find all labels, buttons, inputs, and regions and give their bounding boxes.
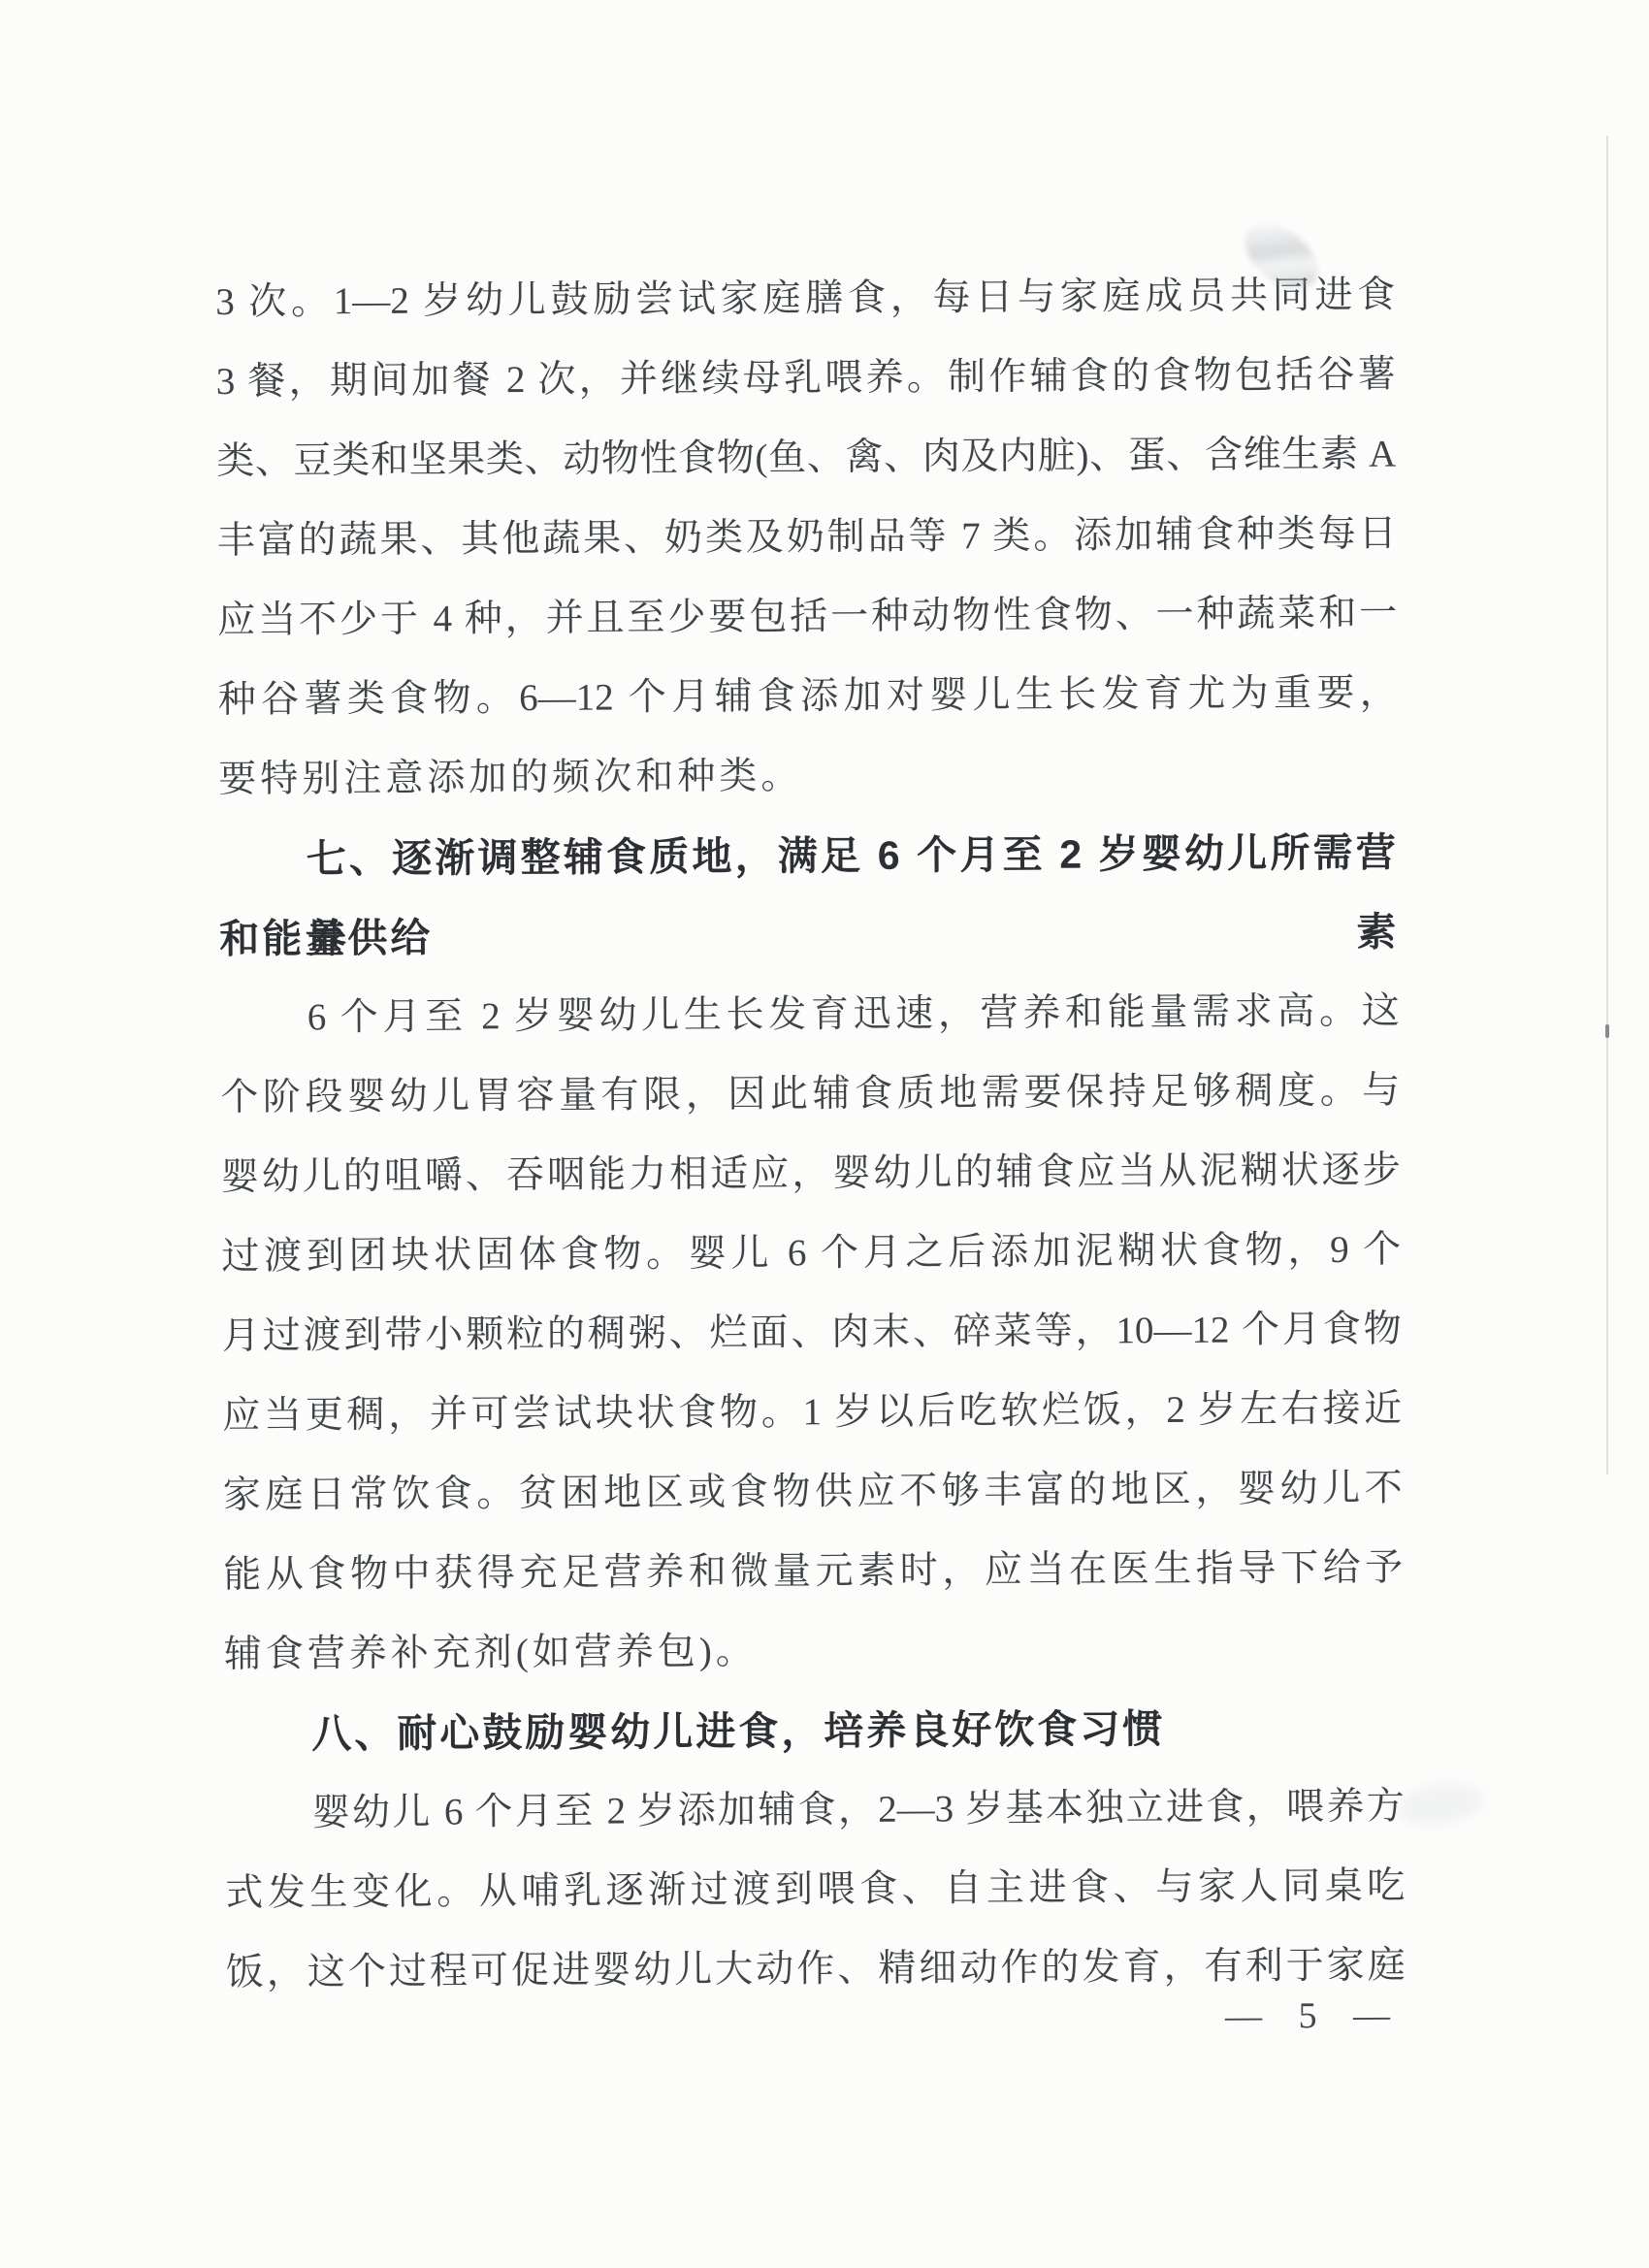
- text-line: 辅食营养补充剂(如营养包)。: [224, 1608, 1404, 1695]
- text-line: 婴幼儿的咀嚼、吞咽能力相适应，婴幼儿的辅食应当从泥糊状逐步: [221, 1131, 1401, 1217]
- text-line: 3 次。1—2 岁幼儿鼓励尝试家庭膳食，每日与家庭成员共同进食: [215, 256, 1395, 342]
- text-line: 应当更稠，并可尝试块状食物。1 岁以后吃软烂饭，2 岁左右接近: [222, 1370, 1402, 1456]
- text-block: 3 次。1—2 岁幼儿鼓励尝试家庭膳食，每日与家庭成员共同进食 3 餐，期间加餐…: [215, 256, 1406, 2013]
- document-page: 3 次。1—2 岁幼儿鼓励尝试家庭膳食，每日与家庭成员共同进食 3 餐，期间加餐…: [0, 0, 1649, 2268]
- text-line: 个阶段婴幼儿胃容量有限，因此辅食质地需要保持足够稠度。与: [220, 1052, 1400, 1138]
- text-line: 丰富的蔬果、其他蔬果、奶类及奶制品等 7 类。添加辅食种类每日: [217, 495, 1397, 581]
- scan-artifact-fold-line: [1606, 136, 1608, 1474]
- text-line: 要特别注意添加的频次和种类。: [218, 733, 1398, 820]
- section-heading-8: 八、耐心鼓励婴幼儿进食，培养良好饮食习惯: [224, 1688, 1404, 1774]
- text-line: 月过渡到带小颗粒的稠粥、烂面、肉末、碎菜等，10—12 个月食物: [222, 1290, 1402, 1377]
- text-line: 能从食物中获得充足营养和微量元素时，应当在医生指导下给予: [223, 1529, 1403, 1615]
- text-line: 式发生变化。从哺乳逐渐过渡到喂食、自主进食、与家人同桌吃: [225, 1847, 1405, 1933]
- text-line: 婴幼儿 6 个月至 2 岁添加辅食，2—3 岁基本独立进食，喂养方: [225, 1767, 1405, 1854]
- text-line: 应当不少于 4 种，并且至少要包括一种动物性食物、一种蔬菜和一: [217, 574, 1397, 661]
- text-line: 种谷薯类食物。6—12 个月辅食添加对婴儿生长发育尤为重要，: [218, 654, 1398, 740]
- scan-artifact-smudge: [1395, 1779, 1487, 1830]
- text-line: 类、豆类和坚果类、动物性食物(鱼、禽、肉及内脏)、蛋、含维生素 A: [216, 415, 1396, 502]
- text-line: 6 个月至 2 岁婴幼儿生长发育迅速，营养和能量需求高。这: [220, 972, 1400, 1058]
- text-line: 过渡到团块状固体食物。婴儿 6 个月之后添加泥糊状食物，9 个: [221, 1211, 1401, 1297]
- page-number: — 5 —: [1225, 1993, 1404, 2039]
- section-heading-7: 七、逐渐调整辅食质地，满足 6 个月至 2 岁婴幼儿所需营养素: [219, 813, 1399, 899]
- scan-artifact-fold-mark: [1605, 1024, 1609, 1038]
- text-line: 家庭日常饮食。贫困地区或食物供应不够丰富的地区，婴幼儿不: [223, 1449, 1403, 1536]
- text-line: 3 餐，期间加餐 2 次，并继续母乳喂养。制作辅食的食物包括谷薯: [216, 336, 1396, 422]
